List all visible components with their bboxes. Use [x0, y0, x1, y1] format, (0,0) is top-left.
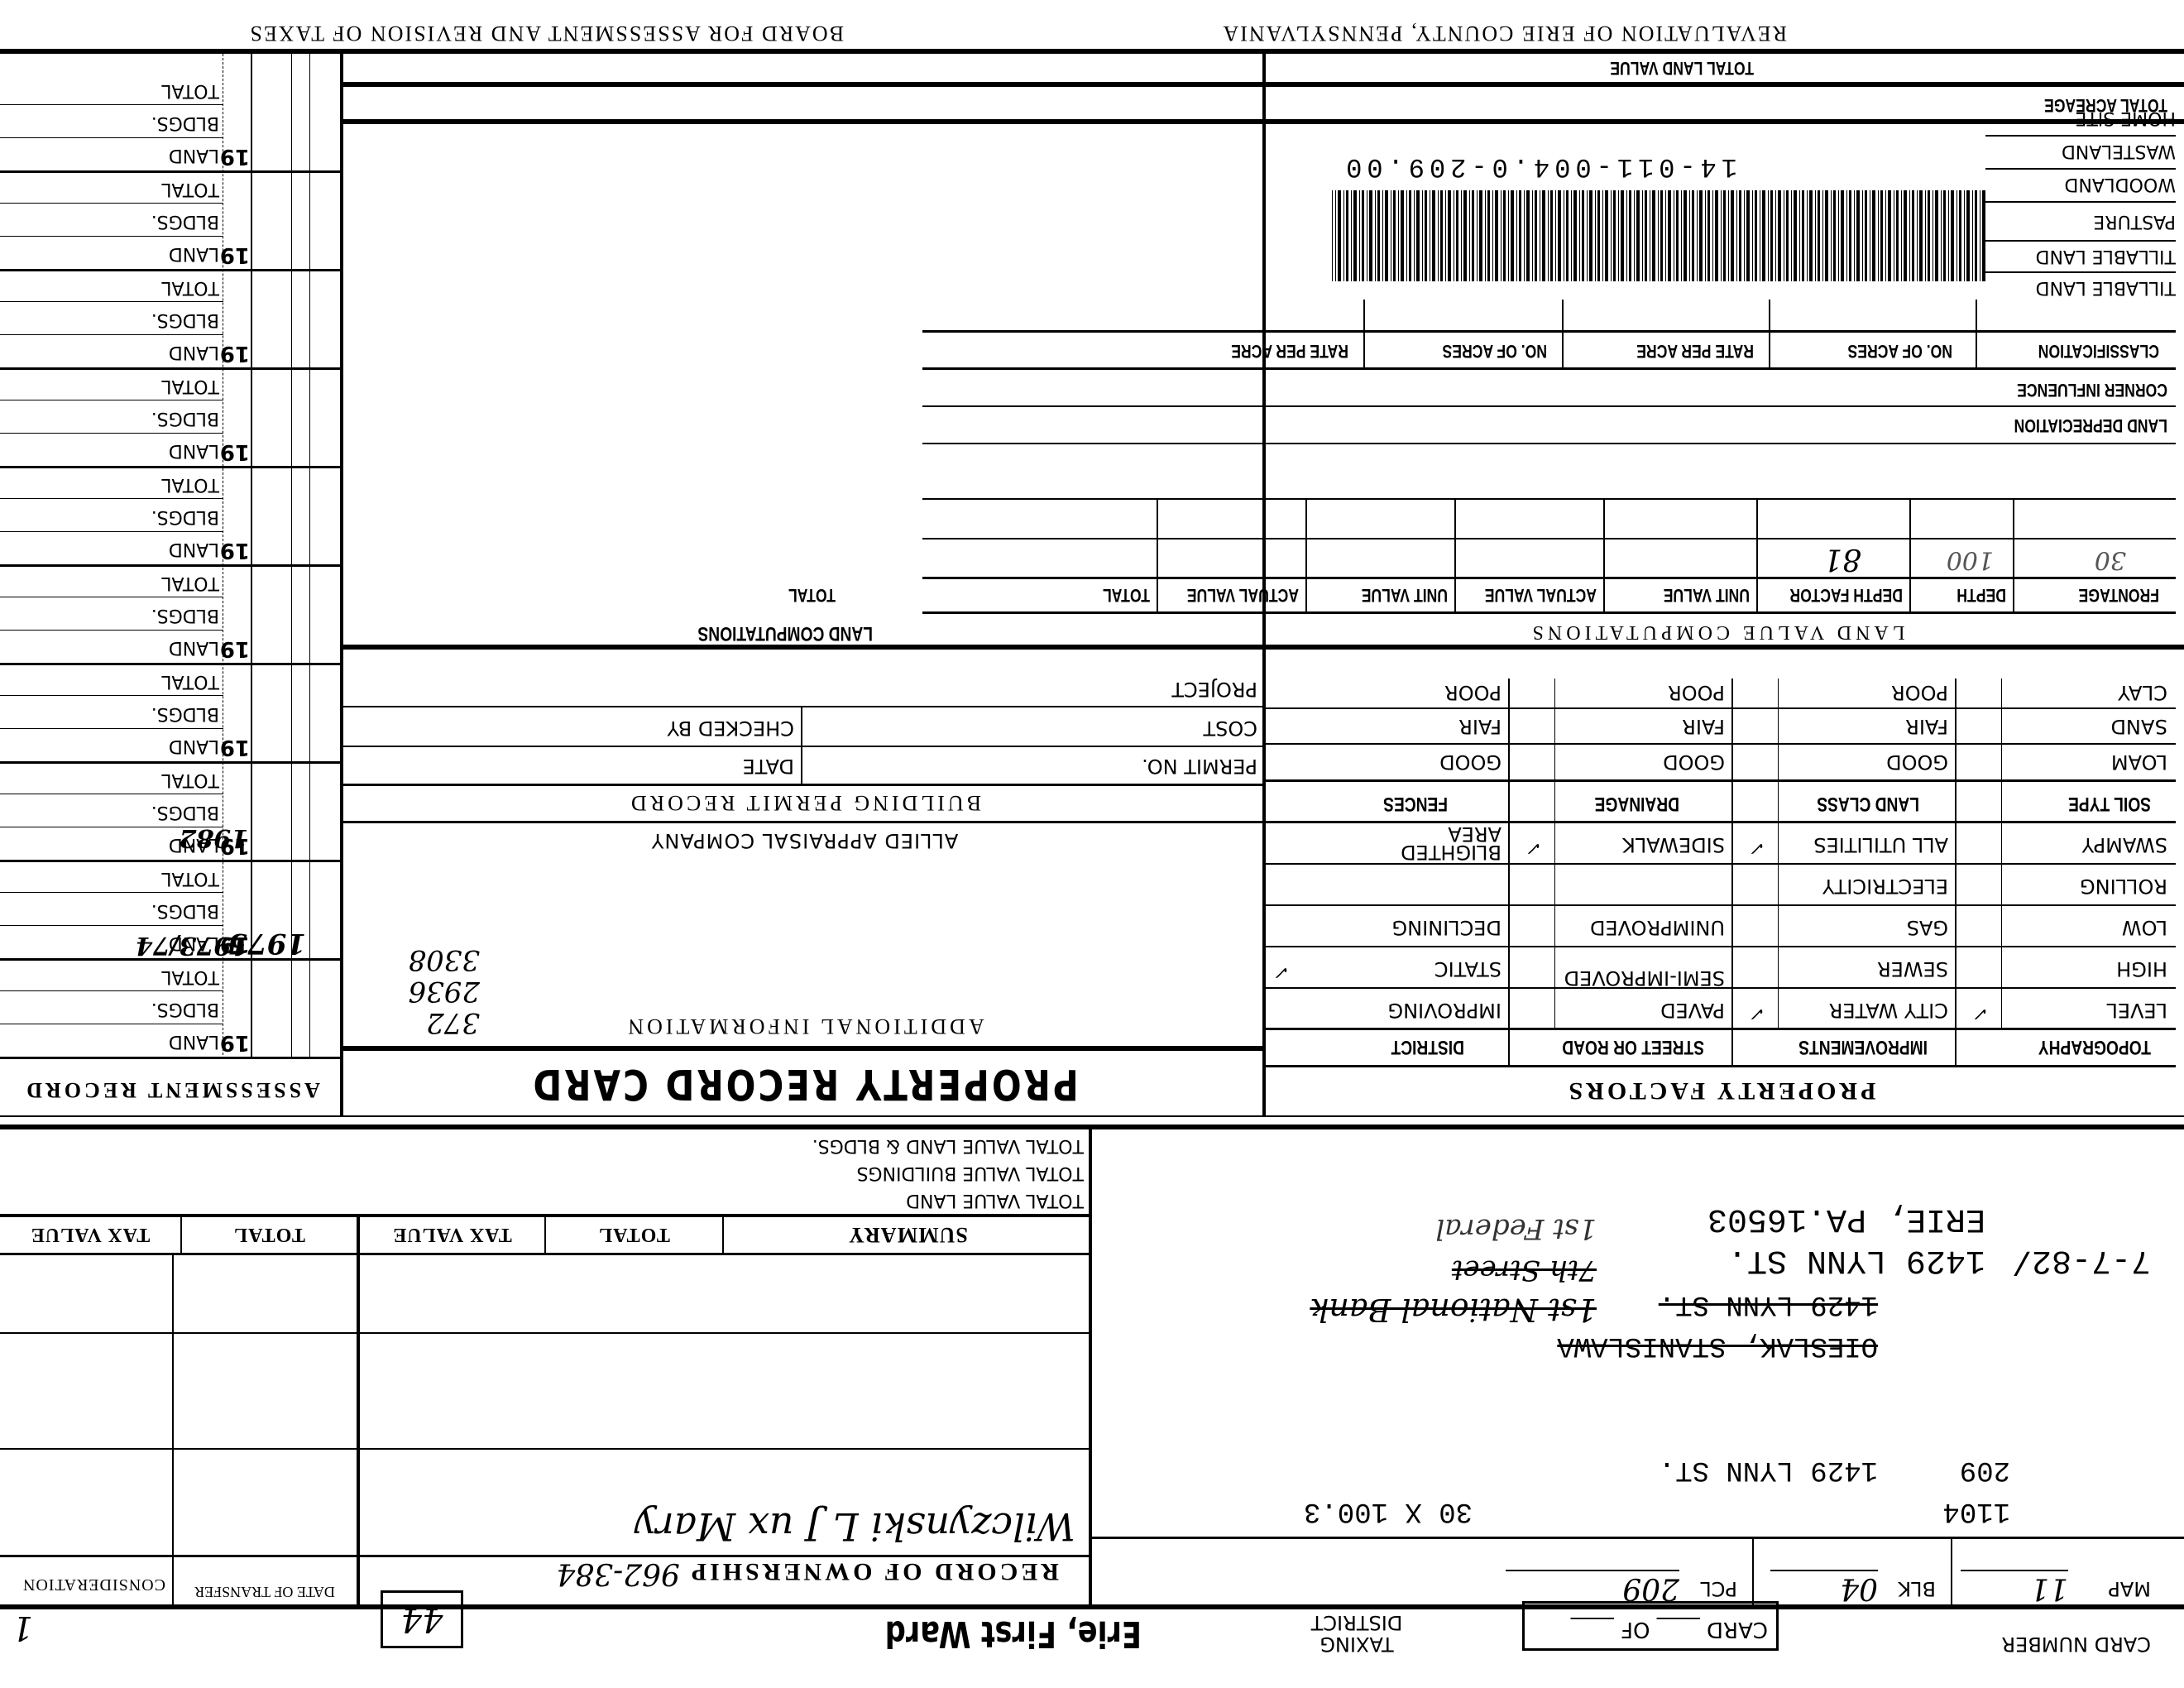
ownership-section: RECORD OF OWNERSHIP 962-384 DATE OF TRAN… — [0, 1255, 1092, 1607]
summary-row: TOTAL VALUE LAND & BLDGS. — [8, 1129, 1084, 1156]
assessment-year-block: 19 LAND BLDGS. TOTAL — [0, 468, 343, 567]
pcl-value[interactable]: 209 — [1506, 1570, 1679, 1605]
new-city: ERIE, PA.16503 — [1707, 1200, 1985, 1237]
map-label: MAP — [2108, 1577, 2151, 1600]
property-factors-title: PROPERTY FACTORS — [1266, 1077, 2176, 1105]
depth-value[interactable]: 100 — [1947, 545, 1994, 574]
record-card-section: PROPERTY RECORD CARD ADDITIONAL INFORMAT… — [343, 650, 1266, 1117]
ownership-title: RECORD OF OWNERSHIP 962-384 — [556, 1556, 1059, 1590]
barcode-icon — [1332, 190, 1985, 281]
hand-numbers: 372 2936 3308 — [408, 944, 480, 1038]
permit-no-label: PERMIT NO. — [1142, 755, 1257, 778]
revaluation-title: REVALUATION OF ERIE COUNTY, PENNSYLVANIA — [1221, 21, 1787, 46]
lot-dimensions: 30 X 100.3 — [1304, 1495, 1473, 1527]
hand-note: 1st Federal — [1435, 1212, 1597, 1245]
land-value-title: LAND VALUE COMPUTATIONS — [1257, 621, 2176, 643]
transfer-date: 7-7-82/ — [2012, 1241, 2151, 1278]
blk-value[interactable]: 04 — [1770, 1570, 1878, 1605]
consideration-label: CONSIDERATION — [22, 1575, 165, 1594]
check-mark-icon[interactable]: ✓ — [1276, 961, 1291, 982]
prior-owner-struck: OIESLAK, STANISLAWA — [1557, 1330, 1878, 1361]
assessment-year-block: 19 LAND BLDGS. TOTAL — [0, 74, 343, 173]
year-prefix: 19 — [220, 1030, 250, 1055]
assessment-year-block: 19 LAND BLDGS. TOTAL — [0, 665, 343, 764]
building-permit-title: BUILDING PERMIT RECORD — [343, 790, 1266, 815]
cost-label: COST — [1203, 717, 1257, 740]
checked-by-label: CHECKED BY — [667, 717, 794, 740]
hand-bank-struck: 1st National Bank — [1310, 1292, 1597, 1328]
date-label: DATE — [743, 755, 794, 778]
owner-entry[interactable]: Wilczynski L J ux Mary — [635, 1504, 1075, 1549]
year-prefix: 19 — [220, 144, 250, 169]
situs-address: 1429 LYNN ST. — [1659, 1454, 1878, 1485]
check-mark-icon[interactable]: ✓ — [1528, 837, 1543, 858]
assessment-year-block: 19 LAND BLDGS. TOTAL — [0, 173, 343, 271]
owner-code: 1104 — [1942, 1495, 2010, 1527]
check-mark-icon[interactable]: ✓ — [1751, 837, 1766, 858]
parcel-row: MAP 11 BLK 04 PCL 209 — [1092, 1539, 2176, 1607]
year-prefix: 19 — [220, 636, 250, 661]
assessment-title: ASSESSMENT RECORD — [0, 1077, 343, 1102]
taxing-district-value: Erie, First Ward — [885, 1613, 1142, 1655]
year-prefix: 19 — [220, 439, 250, 464]
record-card-title: PROPERTY RECORD CARD — [343, 1060, 1266, 1109]
summary-row: TOTAL VALUE BUILDINGS — [8, 1156, 1084, 1183]
depth-factor-value[interactable]: 81 — [1823, 542, 1861, 576]
property-record-card: CARD NUMBER CARD ____ OF ____ TAXING DIS… — [0, 0, 2184, 1688]
corner-influence-label: CORNER INFLUENCE — [2017, 379, 2167, 400]
hand-year-1982: 1982 — [180, 823, 249, 852]
appraisal-company: ALLIED APPRAISAL COMPANY — [343, 829, 1266, 852]
check-mark-icon[interactable]: ✓ — [1751, 1003, 1766, 1024]
pcl-label: PCL — [1700, 1577, 1737, 1600]
summary-row: TOTAL VALUE LAND — [8, 1183, 1084, 1211]
assessment-year-block: 19 LAND BLDGS. TOTAL — [0, 370, 343, 468]
owner-address-block: 1104 30 X 100.3 209 1429 LYNN ST. OIESLA… — [1092, 1129, 2176, 1539]
frontage-value[interactable]: 30 — [2095, 545, 2126, 574]
hand-address-struck: 7th Street — [1452, 1254, 1597, 1287]
assessment-year-block: 19 LAND BLDGS. TOTAL — [0, 271, 343, 370]
assessment-year-block: 19 LAND BLDGS. TOTAL — [0, 961, 343, 1059]
corner-mark: 1 — [12, 1609, 33, 1647]
land-computations-label: LAND COMPUTATIONS — [697, 621, 873, 645]
assessment-year-block: 19 LAND BLDGS. TOTAL — [0, 764, 343, 862]
hand-side-number: 1975 — [227, 927, 306, 960]
year-prefix: 19 — [220, 242, 250, 267]
new-address: 1429 LYNN ST. — [1727, 1241, 1985, 1278]
total-acreage-label: TOTAL ACREAGE — [2044, 94, 2167, 116]
land-value-header-row: FRONTAGE DEPTH DEPTH FACTOR UNIT VALUE A… — [922, 581, 2176, 612]
check-mark-icon[interactable]: ✓ — [1975, 1003, 1990, 1024]
year-prefix: 19 — [220, 538, 250, 563]
total-land-value-label: TOTAL LAND VALUE — [1610, 57, 1754, 79]
year-prefix: 19 — [220, 735, 250, 760]
map-value[interactable]: 11 — [1961, 1570, 2068, 1605]
property-factors: PROPERTY FACTORS TOPOGRAPHY IMPROVEMENTS… — [1266, 679, 2176, 1113]
prior-address-struck: 1429 LYNN ST. — [1659, 1288, 1878, 1320]
taxing-district-label: TAXING DISTRICT — [1291, 1612, 1423, 1655]
date-of-transfer-label: DATE OF TRANSFER — [182, 1584, 347, 1600]
board-title: BOARD FOR ASSESSMENT AND REVISION OF TAX… — [248, 21, 844, 46]
lot-number: 209 — [1960, 1454, 2010, 1485]
land-computations-box: LAND COMPUTATIONS — [343, 54, 922, 650]
blk-label: BLK — [1898, 1577, 1936, 1600]
year-prefix: 19 — [220, 341, 250, 366]
additional-info-label: ADDITIONAL INFORMATION — [343, 1014, 1266, 1038]
assessment-year-block: 19 LAND BLDGS. TOTAL — [0, 567, 343, 665]
card-number-label: CARD NUMBER — [2002, 1633, 2152, 1655]
land-depreciation-label: LAND DEPRECIATION — [2014, 415, 2167, 436]
project-label: PROJECT — [1171, 678, 1257, 701]
parcel-id-text: 14-011-004.0-209.00 — [1341, 151, 1737, 182]
